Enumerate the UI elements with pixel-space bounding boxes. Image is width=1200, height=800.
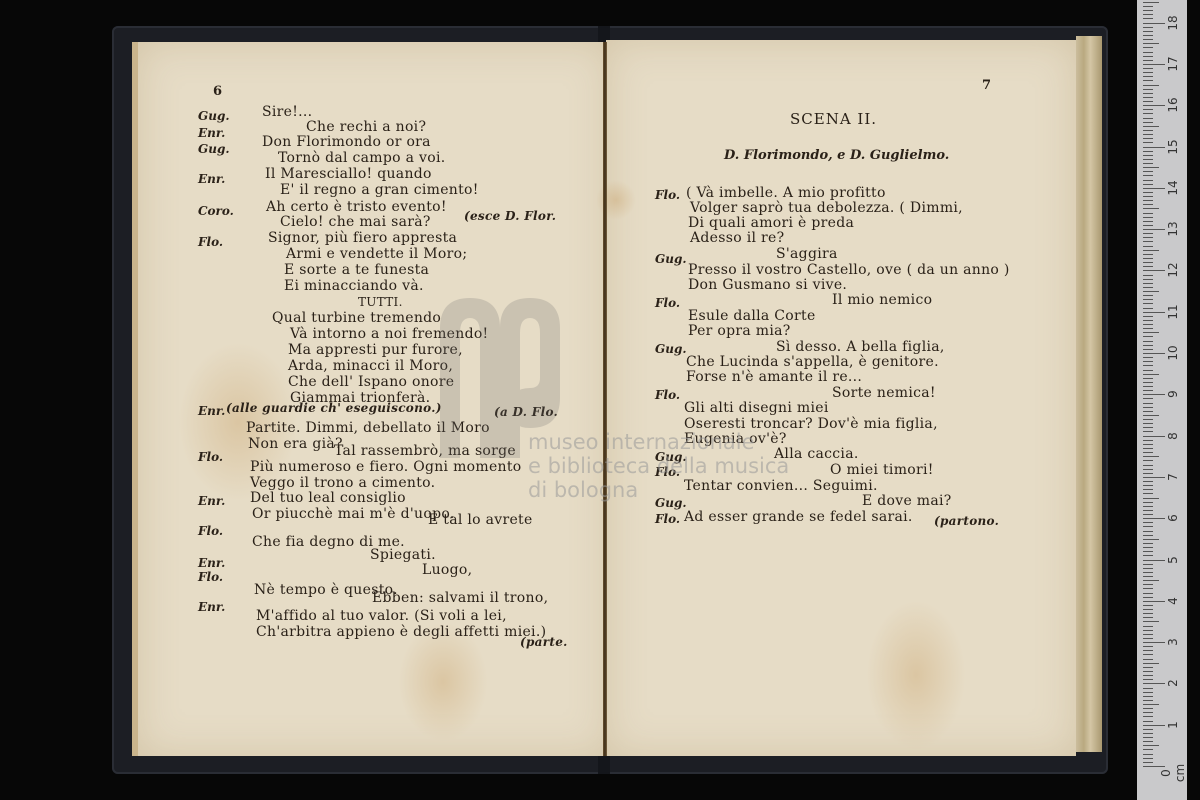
ruler-tick	[1143, 328, 1153, 329]
ruler-tick	[1143, 448, 1153, 449]
ruler-tick	[1143, 721, 1153, 722]
ruler-tick	[1143, 76, 1153, 77]
ruler-tick	[1143, 365, 1153, 366]
ruler-tick	[1143, 266, 1153, 267]
ruler-tick	[1143, 498, 1159, 499]
ruler-tick	[1143, 18, 1153, 19]
ruler-tick	[1143, 403, 1153, 404]
ruler-tick	[1143, 126, 1159, 127]
speaker-label: Flo.	[198, 450, 223, 464]
ruler-tick	[1143, 241, 1153, 242]
ruler-tick	[1143, 258, 1153, 259]
ruler-tick	[1143, 469, 1153, 470]
speaker-label: Gug.	[198, 142, 230, 156]
ruler-label: 3	[1166, 632, 1180, 652]
ruler-tick	[1143, 729, 1153, 730]
speaker-label: Enr.	[198, 600, 225, 614]
ruler-tick	[1143, 147, 1165, 148]
ruler-tick	[1143, 10, 1153, 11]
ruler-tick	[1143, 303, 1153, 304]
ruler-label: 18	[1166, 13, 1180, 33]
ruler-tick	[1143, 692, 1153, 693]
ruler-tick	[1143, 254, 1153, 255]
ruler-tick	[1143, 510, 1153, 511]
verse-line: E sorte a te funesta	[284, 262, 429, 278]
ruler-tick	[1143, 237, 1153, 238]
verse-line: Don Florimondo or ora	[262, 134, 431, 150]
ruler-tick	[1143, 626, 1153, 627]
ruler-tick	[1143, 465, 1153, 466]
ruler-tick	[1143, 568, 1153, 569]
ruler-tick	[1143, 184, 1153, 185]
ruler-tick	[1143, 370, 1153, 371]
ruler-tick	[1143, 299, 1153, 300]
ruler-tick	[1143, 733, 1153, 734]
verse-line: Non era già?	[248, 436, 343, 452]
ruler-tick	[1143, 688, 1153, 689]
verse-line: Luogo,	[422, 562, 472, 578]
ruler-tick	[1143, 394, 1165, 395]
ruler-tick	[1143, 725, 1165, 726]
stage-direction: (esce D. Flor.	[464, 208, 556, 224]
stain	[398, 622, 488, 742]
verse-line: Esule dalla Corte	[688, 308, 816, 324]
speaker-label: Gug.	[655, 342, 687, 356]
ruler-tick	[1143, 407, 1153, 408]
ruler-tick	[1143, 473, 1153, 474]
verse-line: S'aggira	[776, 246, 838, 262]
ruler-tick	[1143, 593, 1153, 594]
verse-line: Arda, minacci il Moro,	[288, 358, 453, 374]
ruler-tick	[1143, 617, 1153, 618]
verse-line: Adesso il re?	[690, 230, 784, 246]
ruler-tick	[1143, 291, 1159, 292]
ruler-tick	[1143, 597, 1153, 598]
ruler-tick	[1143, 80, 1153, 81]
verse-line: Cielo! che mai sarà?	[280, 214, 431, 230]
speaker-label: Coro.	[198, 204, 234, 218]
ruler-label: 9	[1166, 384, 1180, 404]
ruler-tick	[1143, 460, 1153, 461]
verse-line: Sorte nemica!	[832, 385, 936, 401]
ruler-tick	[1143, 580, 1159, 581]
ruler-tick	[1143, 741, 1153, 742]
ruler-tick	[1143, 671, 1153, 672]
ruler-tick	[1143, 700, 1153, 701]
ruler-tick	[1143, 336, 1153, 337]
ruler-tick	[1143, 72, 1153, 73]
ruler-tick	[1143, 555, 1153, 556]
scene-heading: SCENA II.	[790, 110, 877, 128]
ruler-tick	[1143, 411, 1153, 412]
ruler-tick	[1143, 175, 1153, 176]
ruler-tick	[1143, 68, 1153, 69]
ruler-tick	[1143, 35, 1153, 36]
verse-line: Sì desso. A bella figlia,	[776, 339, 945, 355]
ruler-tick	[1143, 31, 1153, 32]
ruler-tick	[1143, 514, 1153, 515]
ruler-label: 15	[1166, 137, 1180, 157]
verse-line: Armi e vendette il Moro;	[286, 246, 467, 262]
measurement-ruler: 0 cm123456789101112131415161718	[1137, 0, 1187, 800]
scene-characters: D. Florimondo, e D. Guglielmo.	[724, 148, 949, 163]
ruler-tick	[1143, 613, 1153, 614]
verse-line: ( Và imbelle. A mio profitto	[686, 185, 886, 201]
ruler-tick	[1143, 390, 1153, 391]
speaker-label: Enr.	[198, 494, 225, 508]
ruler-tick	[1143, 758, 1153, 759]
ruler-tick	[1143, 762, 1153, 763]
stain	[866, 600, 966, 750]
ruler-tick	[1143, 213, 1153, 214]
ruler-tick	[1143, 663, 1159, 664]
verse-line: Che Lucinda s'appella, è genitore.	[686, 354, 939, 370]
ruler-label: 4	[1166, 591, 1180, 611]
ruler-tick	[1143, 427, 1153, 428]
verse-line: Per opra mia?	[688, 323, 791, 339]
ruler-tick	[1143, 109, 1153, 110]
ruler-label: 12	[1166, 260, 1180, 280]
ruler-label: 16	[1166, 95, 1180, 115]
speaker-label: Flo.	[198, 235, 223, 249]
ruler-label: 1	[1166, 715, 1180, 735]
ruler-tick	[1143, 477, 1165, 478]
ruler-tick	[1143, 320, 1153, 321]
ruler-tick	[1143, 576, 1153, 577]
right-page-number: 7	[982, 78, 991, 93]
ruler-tick	[1143, 745, 1159, 746]
ruler-tick	[1143, 64, 1165, 65]
ruler-tick	[1143, 621, 1159, 622]
speaker-label: Flo.	[655, 512, 680, 526]
ruler-tick	[1143, 105, 1165, 106]
ruler-tick	[1143, 452, 1153, 453]
ruler-tick	[1143, 353, 1165, 354]
ruler-tick	[1143, 167, 1159, 168]
ruler-tick	[1143, 155, 1153, 156]
left-page-number: 6	[213, 84, 222, 99]
ruler-tick	[1143, 250, 1159, 251]
verse-line: Don Gusmano si vive.	[688, 277, 847, 293]
ruler-tick	[1143, 531, 1153, 532]
ruler-tick	[1143, 56, 1153, 57]
ruler-tick	[1143, 295, 1153, 296]
ruler-tick	[1143, 171, 1153, 172]
ruler-tick	[1143, 349, 1153, 350]
verse-line: Veggo il trono a cimento.	[250, 475, 435, 491]
speaker-label: Enr.	[198, 556, 225, 570]
verse-line: Del tuo leal consiglio	[250, 490, 406, 506]
ruler-tick	[1143, 382, 1153, 383]
watermark-line: museo internazionale	[528, 430, 789, 454]
ruler-tick	[1143, 345, 1153, 346]
verse-line: Ei minacciando và.	[284, 278, 424, 294]
ruler-tick	[1143, 584, 1153, 585]
ruler-tick	[1143, 754, 1153, 755]
ruler-tick	[1143, 551, 1153, 552]
ruler-tick	[1143, 415, 1159, 416]
verse-line: Che rechi a noi?	[306, 119, 426, 135]
ruler-tick	[1143, 357, 1153, 358]
ruler-tick	[1143, 85, 1159, 86]
ruler-tick	[1143, 440, 1153, 441]
ruler-label: 13	[1166, 219, 1180, 239]
ruler-tick	[1143, 27, 1153, 28]
stain	[596, 180, 636, 220]
ruler-tick	[1143, 138, 1153, 139]
ruler-tick	[1143, 316, 1153, 317]
ruler-tick	[1143, 659, 1153, 660]
ruler-tick	[1143, 522, 1153, 523]
ruler-tick	[1143, 332, 1159, 333]
ruler-label: 0 cm	[1159, 763, 1187, 783]
ruler-tick	[1143, 543, 1153, 544]
ruler-tick	[1143, 485, 1153, 486]
ruler-tick	[1143, 130, 1153, 131]
ruler-tick	[1143, 431, 1153, 432]
ruler-label: 8	[1166, 426, 1180, 446]
ruler-label: 10	[1166, 343, 1180, 363]
verse-line: O miei timori!	[830, 462, 934, 478]
verse-line: E dove mai?	[862, 493, 952, 509]
ruler-tick	[1143, 6, 1153, 7]
speaker-label: Gug.	[655, 252, 687, 266]
speaker-label: Enr.	[198, 404, 225, 418]
ruler-tick	[1143, 564, 1153, 565]
speaker-label: Flo.	[655, 388, 680, 402]
ruler-tick	[1143, 283, 1153, 284]
ruler-tick	[1143, 246, 1153, 247]
ruler-tick	[1143, 650, 1153, 651]
ruler-tick	[1143, 180, 1153, 181]
ruler-tick	[1143, 270, 1165, 271]
ruler-tick	[1143, 324, 1153, 325]
ruler-tick	[1143, 60, 1153, 61]
verse-line: Il mio nemico	[832, 292, 932, 308]
ruler-tick	[1143, 493, 1153, 494]
book-gutter	[603, 42, 607, 756]
ruler-tick	[1143, 23, 1165, 24]
ruler-tick	[1143, 588, 1153, 589]
museum-watermark-text: museo internazionalee biblioteca della m…	[528, 430, 789, 502]
ruler-tick	[1143, 634, 1153, 635]
ruler-tick	[1143, 539, 1159, 540]
ruler-tick	[1143, 142, 1153, 143]
ruler-tick	[1143, 341, 1153, 342]
ruler-tick	[1143, 444, 1153, 445]
speaker-label: Flo.	[198, 524, 223, 538]
verse-line: Ad esser grande se fedel sarai.	[684, 509, 913, 525]
ruler-tick	[1143, 423, 1153, 424]
verse-line: Signor, più fiero appresta	[268, 230, 457, 246]
verse-line: Ebben: salvami il trono,	[372, 590, 548, 606]
ruler-tick	[1143, 716, 1153, 717]
ruler-tick	[1143, 667, 1153, 668]
ruler-tick	[1143, 93, 1153, 94]
verse-line: Tornò dal campo a voi.	[278, 150, 445, 166]
ruler-tick	[1143, 605, 1153, 606]
ruler-label: 17	[1166, 54, 1180, 74]
speaker-label: Flo.	[655, 296, 680, 310]
ruler-tick	[1143, 419, 1153, 420]
ruler-tick	[1143, 712, 1153, 713]
ruler-tick	[1143, 378, 1153, 379]
speaker-label: Enr.	[198, 126, 225, 140]
ruler-tick	[1143, 43, 1159, 44]
ruler-tick	[1143, 196, 1153, 197]
ruler-tick	[1143, 654, 1153, 655]
ruler-tick	[1143, 233, 1153, 234]
page-stack-edge	[1076, 36, 1102, 752]
ruler-tick	[1143, 535, 1153, 536]
ruler-tick	[1143, 279, 1153, 280]
verse-line: Spiegati.	[370, 547, 436, 563]
verse-line: E tal lo avrete	[428, 512, 533, 528]
ruler-tick	[1143, 262, 1153, 263]
ruler-tick	[1143, 159, 1153, 160]
speaker-label: Enr.	[198, 172, 225, 186]
ruler-tick	[1143, 200, 1153, 201]
ruler-tick	[1143, 208, 1159, 209]
ruler-tick	[1143, 386, 1153, 387]
ruler-tick	[1143, 547, 1153, 548]
ruler-tick	[1143, 188, 1165, 189]
ruler-tick	[1143, 737, 1153, 738]
ruler-tick	[1143, 679, 1153, 680]
verse-line: M'affido al tuo valor. (Si voli a lei,	[256, 608, 507, 624]
watermark-line: e biblioteca della musica	[528, 454, 789, 478]
ruler-tick	[1143, 229, 1165, 230]
speaker-label: Flo.	[655, 188, 680, 202]
ruler-tick	[1143, 638, 1153, 639]
ruler-tick	[1143, 481, 1153, 482]
ruler-tick	[1143, 192, 1153, 193]
ruler-tick	[1143, 217, 1153, 218]
stage-direction: (parte.	[520, 634, 568, 650]
ruler-tick	[1143, 560, 1165, 561]
verse-line: Or piucchè mai m'è d'uopo.	[252, 506, 455, 522]
ruler-tick	[1143, 163, 1153, 164]
ruler-label: 14	[1166, 178, 1180, 198]
verse-line: E' il regno a gran cimento!	[280, 182, 479, 198]
ruler-label: 7	[1166, 467, 1180, 487]
ruler-tick	[1143, 646, 1153, 647]
ruler-tick	[1143, 642, 1165, 643]
ruler-tick	[1143, 118, 1153, 119]
ruler-tick	[1143, 436, 1165, 437]
ruler-tick	[1143, 456, 1159, 457]
ruler-tick	[1143, 308, 1153, 309]
ruler-tick	[1143, 683, 1165, 684]
verse-line: Di quali amori è preda	[688, 215, 854, 231]
ruler-tick	[1143, 221, 1153, 222]
verse-line: Forse n'è amante il re...	[686, 369, 862, 385]
ruler-tick	[1143, 312, 1165, 313]
ruler-tick	[1143, 204, 1153, 205]
ruler-tick	[1143, 151, 1153, 152]
ruler-tick	[1143, 52, 1153, 53]
ruler-tick	[1143, 749, 1153, 750]
ruler-tick	[1143, 287, 1153, 288]
ruler-tick	[1143, 39, 1153, 40]
ruler-tick	[1143, 630, 1153, 631]
ruler-tick	[1143, 2, 1159, 3]
ruler-tick	[1143, 374, 1159, 375]
ruler-tick	[1143, 225, 1153, 226]
ruler-tick	[1143, 572, 1153, 573]
speaker-label: Gug.	[198, 109, 230, 123]
ruler-tick	[1143, 601, 1165, 602]
ruler-tick	[1143, 704, 1159, 705]
ruler-tick	[1143, 89, 1153, 90]
ruler-tick	[1143, 275, 1153, 276]
ruler-tick	[1143, 101, 1153, 102]
stage-direction: (alle guardie ch' eseguiscono.)	[226, 400, 442, 416]
verse-line: Sire!...	[262, 104, 312, 120]
ruler-tick	[1143, 609, 1153, 610]
verse-line: TUTTI.	[358, 294, 403, 310]
ruler-label: 6	[1166, 508, 1180, 528]
verse-line: Il Maresciallo! quando	[265, 166, 432, 182]
stage-direction: (partono.	[934, 513, 999, 529]
verse-line: Ah certo è tristo evento!	[266, 199, 447, 215]
ruler-tick	[1143, 113, 1153, 114]
ruler-tick	[1143, 675, 1153, 676]
ruler-tick	[1143, 502, 1153, 503]
ruler-tick	[1143, 14, 1153, 15]
ruler-tick	[1143, 506, 1153, 507]
ruler-tick	[1143, 526, 1153, 527]
verse-line: Ch'arbitra appieno è degli affetti miei.…	[256, 624, 546, 640]
ruler-tick	[1143, 47, 1153, 48]
ruler-tick	[1143, 708, 1153, 709]
ruler-tick	[1143, 398, 1153, 399]
ruler-label: 5	[1166, 550, 1180, 570]
ruler-tick	[1143, 134, 1153, 135]
ruler-tick	[1143, 489, 1153, 490]
watermark-line: di bologna	[528, 478, 789, 502]
speaker-label: Flo.	[198, 570, 223, 584]
ruler-label: 11	[1166, 302, 1180, 322]
ruler-tick	[1143, 361, 1153, 362]
ruler-tick	[1143, 518, 1165, 519]
verse-line: Presso il vostro Castello, ove ( da un a…	[688, 262, 1010, 278]
verse-line: Gli alti disegni miei	[684, 400, 829, 416]
ruler-tick	[1143, 122, 1153, 123]
ruler-tick	[1143, 97, 1153, 98]
ruler-tick	[1143, 696, 1153, 697]
verse-line: Volger saprò tua debolezza. ( Dimmi,	[690, 200, 963, 216]
ruler-label: 2	[1166, 673, 1180, 693]
verse-line: Qual turbine tremendo	[272, 310, 441, 326]
